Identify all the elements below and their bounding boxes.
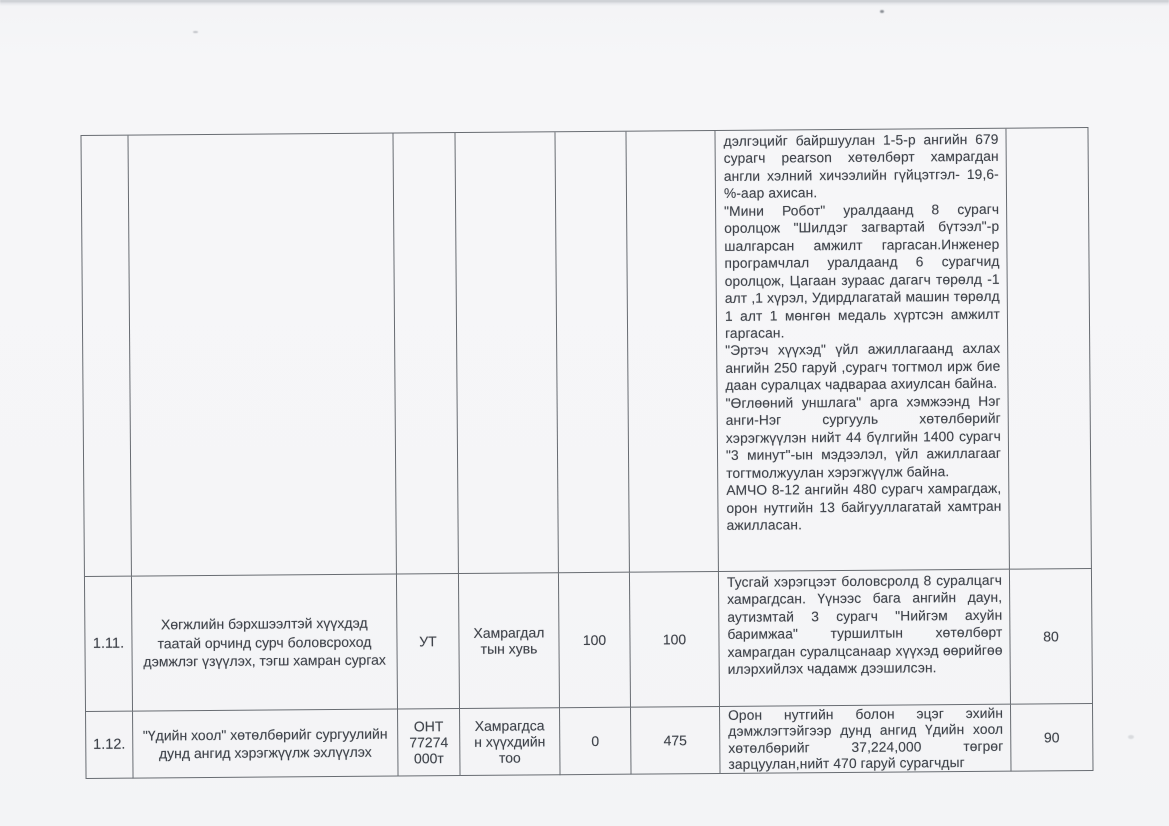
result-text-cell: Тусгай хэрэгцээт боловсролд 8 суралцагч … — [719, 570, 1011, 707]
indicator-name-cell: Хамрагдса н хүүхдийн тоо — [460, 708, 561, 776]
row-number-cell: 1.11. — [85, 577, 133, 712]
result-text-cell: Орон нутгийн болон эцэг эхийн дэмжлэгтэй… — [720, 705, 1012, 774]
table-row-continuation: дэлгэцийг байршуулан 1-5-р ангийн 679 су… — [81, 128, 1091, 577]
funding-source-cell: УТ — [397, 574, 460, 709]
actual-value-cell: 475 — [631, 707, 721, 775]
scanned-page: дэлгэцийг байршуулан 1-5-р ангийн 679 су… — [0, 0, 1169, 826]
indicator-name-cell: Хамрагдал тын хувь — [459, 573, 560, 709]
target-value-cell: 100 — [559, 573, 631, 709]
actual-value-cell: 100 — [630, 572, 720, 708]
target-value-cell — [555, 132, 629, 574]
row-number-cell — [81, 136, 131, 577]
task-description-cell: Хөгжлийн бэрхшээлтэй хүүхдэд таатай орчи… — [132, 574, 398, 711]
row-number-cell: 1.12. — [86, 712, 134, 779]
table-row-1-11: 1.11. Хөгжлийн бэрхшээлтэй хүүхдэд таата… — [85, 569, 1093, 712]
scan-speck — [193, 31, 198, 33]
funding-source-cell — [393, 133, 458, 574]
scan-edge-shadow — [0, 0, 1169, 6]
table-row-1-12: 1.12. "Үдийн хоол" хөтөлбөрийг сургуулий… — [86, 704, 1093, 779]
score-cell: 90 — [1011, 704, 1094, 772]
performance-table: дэлгэцийг байршуулан 1-5-р ангийн 679 су… — [80, 127, 1093, 779]
indicator-name-cell — [455, 132, 558, 574]
funding-source-cell: ОНТ 77274 000т — [398, 709, 461, 776]
actual-value-cell — [626, 131, 718, 573]
task-description-cell: "Үдийн хоол" хөтөлбөрийг сургуулийн дунд… — [133, 709, 399, 778]
target-value-cell: 0 — [560, 708, 632, 776]
task-description-cell — [128, 134, 396, 577]
score-cell — [1006, 128, 1091, 570]
scan-speck — [1128, 735, 1134, 739]
score-cell: 80 — [1010, 569, 1093, 705]
scan-speck — [880, 10, 884, 13]
result-text-cell: дэлгэцийг байршуулан 1-5-р ангийн 679 су… — [715, 129, 1009, 572]
